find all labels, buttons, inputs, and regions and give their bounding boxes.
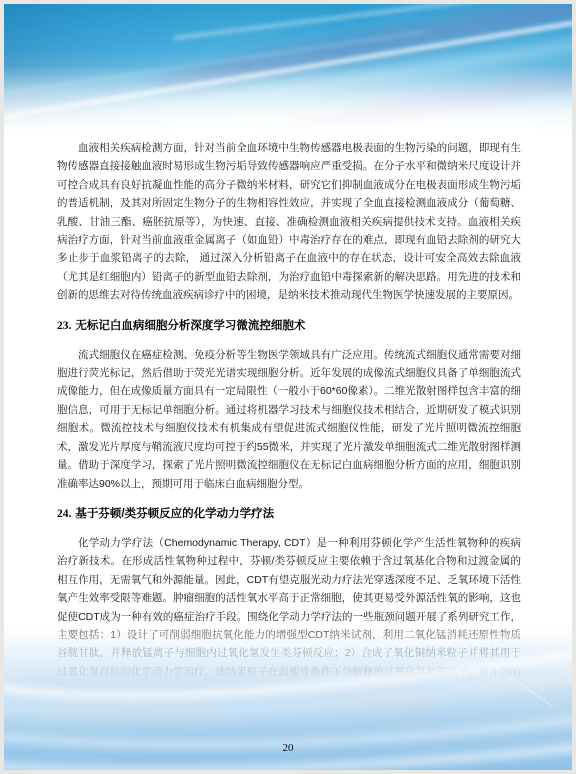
section-title: 基于芬顿/类芬顿反应的化学动力学疗法 (75, 508, 274, 520)
section-number: 23. (57, 320, 71, 332)
section-23-body: 流式细胞仪在癌症检测、免疫分析等生物医学领域具有广泛应用。传统流式细胞仪通常需要… (57, 346, 521, 493)
intro-paragraph: 血液相关疾病检测方面，针对当前全血环境中生物传感器电极表面的生物污染的问题，即现… (57, 139, 521, 305)
section-24-heading: 24.基于芬顿/类芬顿反应的化学动力学疗法 (57, 507, 521, 521)
section-title: 无标记白血病细胞分析深度学习微流控细胞术 (75, 320, 305, 332)
section-23-heading: 23.无标记白血病细胞分析深度学习微流控细胞术 (57, 319, 521, 333)
page-number: 20 (4, 742, 572, 754)
header-wave-decoration (4, 4, 572, 132)
section-number: 24. (57, 508, 71, 520)
document-page: 血液相关疾病检测方面，针对当前全血环境中生物传感器电极表面的生物污染的问题，即现… (4, 4, 572, 770)
